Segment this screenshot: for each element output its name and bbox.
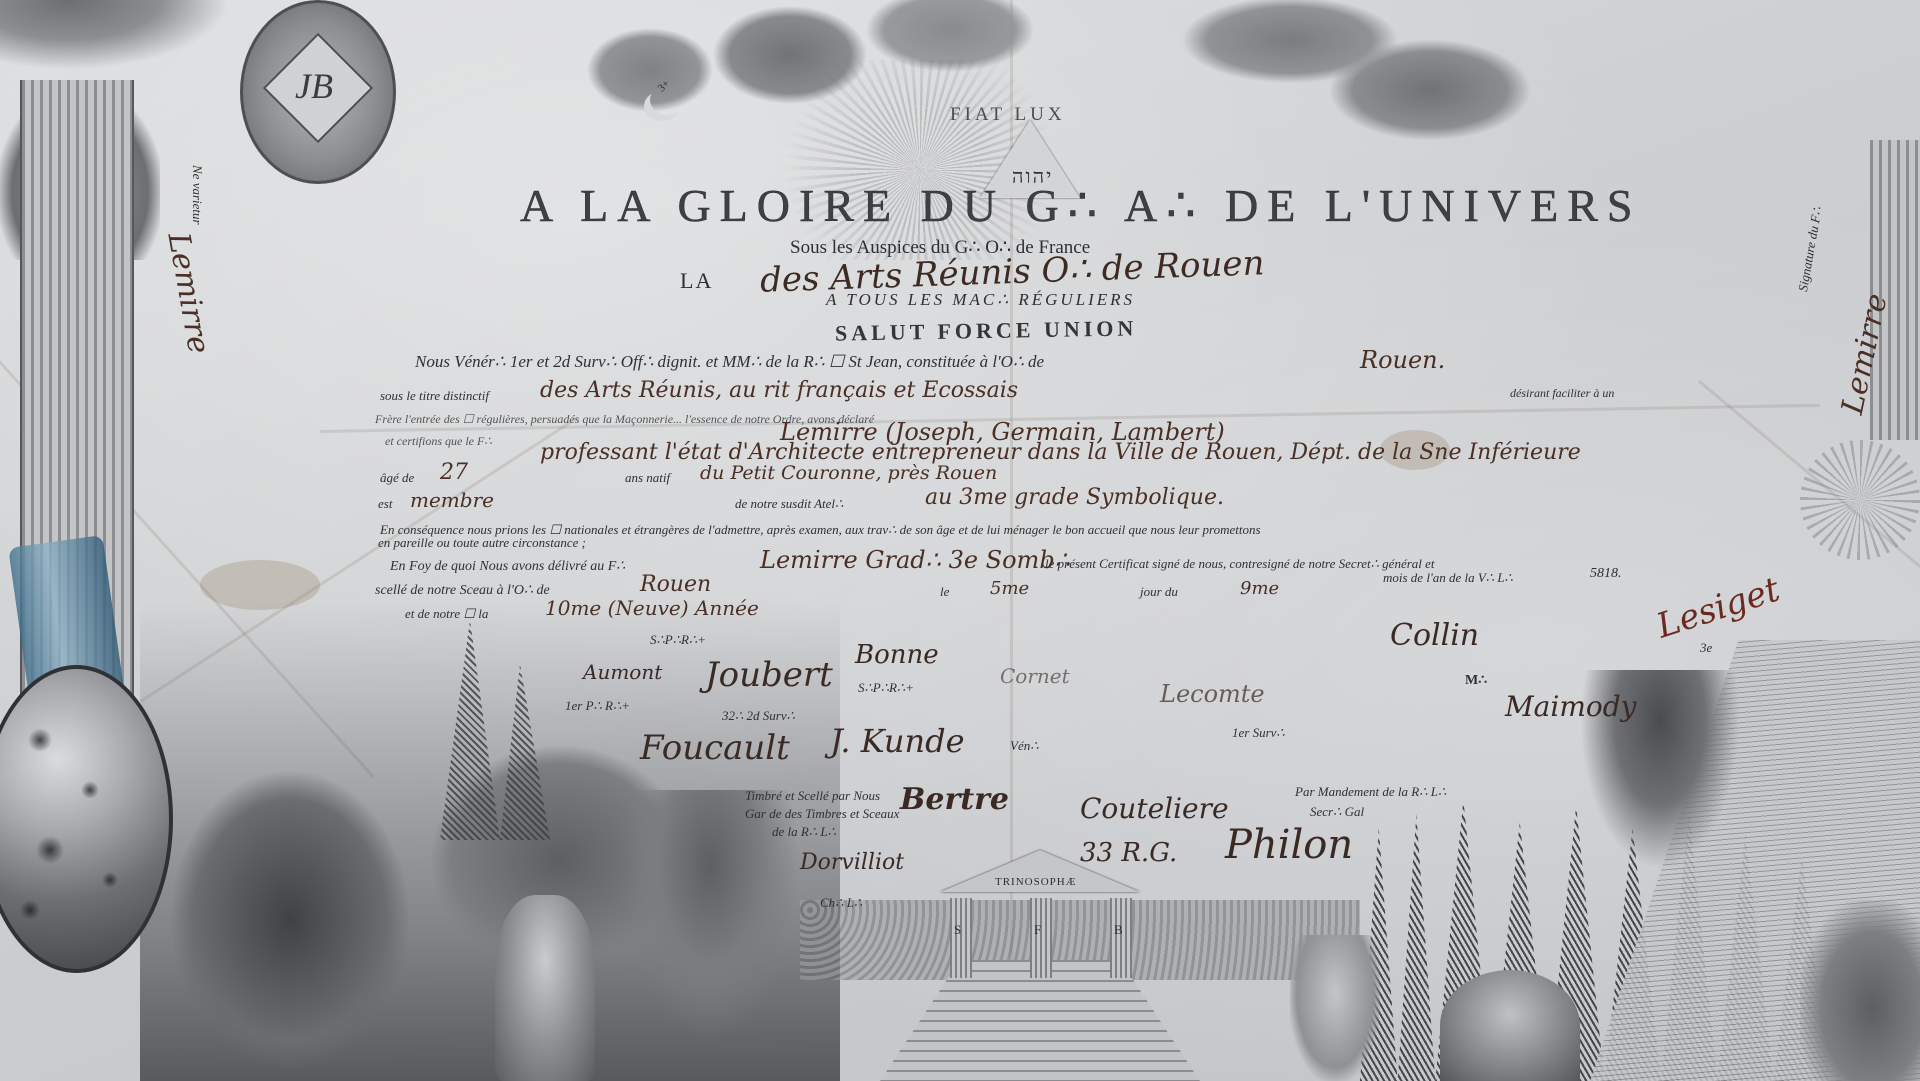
signature-title: S∴P∴R∴+: [858, 680, 914, 696]
signature: J. Kunde: [830, 722, 965, 760]
bust-statue-engraving: [495, 895, 595, 1081]
motto-fiat-lux: FIAT LUX: [950, 104, 1066, 126]
signature: Collin: [1390, 618, 1479, 653]
wax-seal-impression: JB: [240, 0, 396, 184]
seal-caption-line: Timbré et Scellé par Nous: [745, 788, 880, 804]
candidate-birthplace: du Petit Couronne, près Rouen: [700, 462, 997, 484]
seal-keeper-2-note: 33 R.G.: [1080, 838, 1177, 868]
pillar-letter: B: [1114, 922, 1123, 938]
seal-city: Rouen: [640, 572, 711, 597]
month-value: 9me: [1240, 578, 1279, 599]
certificate-photo: 3+ יהוה FIAT LUX JB Ne varietur Lemirre …: [0, 0, 1920, 1081]
body-line-2-end: désirant faciliter à un: [1510, 386, 1614, 401]
pillar-letter: F: [1034, 922, 1041, 938]
margin-signature-left: Lemirre: [161, 230, 217, 356]
chancellor-title: Ch∴ L∴: [820, 895, 862, 911]
age-label: âgé de: [380, 470, 414, 486]
sun-engraving: [1800, 440, 1920, 560]
signature-title: 3e: [1700, 640, 1712, 656]
signature: Foucault: [640, 728, 790, 768]
signature: Bonne: [855, 640, 939, 670]
body-line-2: sous le titre distinctif: [380, 388, 489, 404]
candidate-profession: professant l'état d'Architecte entrepren…: [540, 440, 1581, 465]
signature-title: 1er Surv∴: [1232, 725, 1285, 741]
signature-title: 32∴ 2d Surv∴: [722, 708, 795, 724]
secretary-signature: Philon: [1225, 822, 1353, 868]
temple-pillar: [1110, 898, 1132, 978]
body-line-10-end: le présent Certificat signé de nous, con…: [1045, 556, 1435, 572]
signature: Lesiget: [1652, 569, 1785, 646]
chancellor-signature: Dorvilliot: [800, 850, 904, 875]
candidate-age: 27: [440, 460, 468, 485]
foliage-engraving: [0, 0, 230, 70]
body-line-1: Nous Vénér∴ 1er et 2d Surv∴ Off∴ dignit.…: [415, 352, 1044, 372]
signature-title: Vén∴: [1010, 738, 1038, 754]
lodge-prefix: LA: [680, 268, 713, 294]
right-column-engraving: [1870, 140, 1920, 440]
pillar-letter: S: [954, 922, 961, 938]
seal-monogram: JB: [295, 65, 333, 107]
signature: Joubert: [705, 655, 833, 695]
seal-caption-line: Gar de des Timbres et Sceaux: [745, 806, 899, 822]
sphinx-engraving: [1440, 970, 1580, 1081]
seal-caption-line: de la R∴ L∴: [772, 824, 836, 840]
temple-name: TRINOSOPHÆ: [995, 876, 1077, 888]
year-value: 5818.: [1590, 566, 1622, 582]
lion-engraving: [1800, 900, 1920, 1081]
est-label: est: [378, 496, 392, 512]
signature-title: 1er P∴ R∴+: [565, 698, 630, 714]
address-line: A TOUS LES MAC∴ RÉGULIERS: [826, 290, 1135, 310]
seal-keeper-2-signature: Couteliere: [1080, 792, 1229, 825]
atelier-label: de notre susdit Atel∴: [735, 496, 843, 512]
certificate-title: A LA GLOIRE DU G∴ A∴ DE L'UNIVERS: [520, 178, 1642, 232]
secretary-title: Secr∴ Gal: [1310, 804, 1364, 820]
body-line-2-hand: des Arts Réunis, au rit français et Ecos…: [540, 378, 1018, 403]
mois-label: mois de l'an de la V∴ L∴: [1383, 570, 1513, 586]
seal-keeper-signature: Bertre: [900, 782, 1009, 817]
grade: au 3me grade Symbolique.: [925, 485, 1224, 510]
body-line-9: en pareille ou toute autre circonstance …: [378, 535, 586, 551]
temple-pillar: [1030, 898, 1052, 978]
body-line-1-city: Rouen.: [1360, 346, 1445, 374]
margin-label-right: Signature du F∴: [1795, 206, 1826, 293]
temple-pillar: [950, 898, 972, 978]
secretary-caption: Par Mandement de la R∴ L∴: [1295, 784, 1446, 800]
temple-engraving: TRINOSOPHÆ S F B: [940, 850, 1140, 970]
signature-title: M∴: [1465, 672, 1487, 689]
membership: membre: [410, 488, 494, 512]
recipient-name: Lemirre Grad∴ 3e Somb∴: [760, 546, 1070, 574]
signature: Cornet: [1000, 664, 1070, 688]
body-line-4: et certifions que le F∴: [385, 434, 492, 449]
salutation-line: SALUT FORCE UNION: [835, 315, 1138, 346]
day-value: 5me: [990, 578, 1029, 599]
cherub-engraving: [1290, 935, 1380, 1081]
seal-tarnish: [0, 700, 150, 940]
native-label: ans natif: [625, 470, 670, 486]
jour-label: jour du: [1140, 584, 1178, 600]
body-line-10: En Foy de quoi Nous avons délivré au F∴: [390, 558, 625, 575]
le-label: le: [940, 584, 949, 600]
signature: Maimody: [1505, 690, 1636, 723]
signature-title: S∴P∴R∴+: [650, 632, 706, 648]
margin-label-left: Ne varietur: [189, 165, 205, 225]
signature: Aumont: [583, 660, 662, 684]
signature: Lecomte: [1160, 680, 1265, 708]
body-line-11: scellé de notre Sceau à l'O∴ de: [375, 582, 550, 599]
